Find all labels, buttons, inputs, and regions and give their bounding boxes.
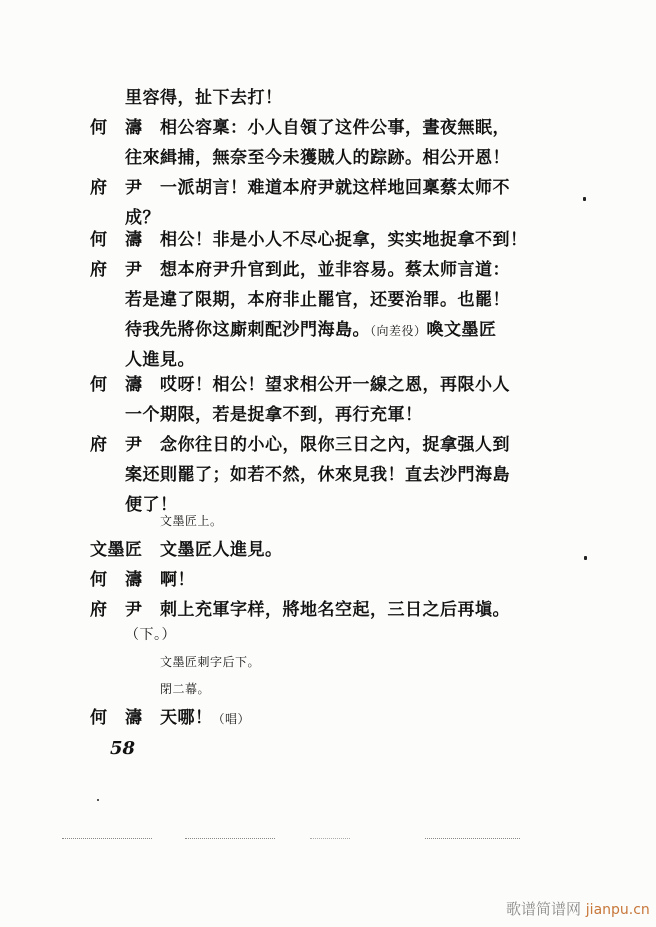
page-number: 58 — [110, 738, 135, 759]
stage-direction-inline: （唱） — [213, 712, 251, 726]
speaker-name-char1: 何 — [90, 225, 108, 255]
dialogue-text: 天哪！（唱） — [160, 703, 250, 734]
scan-noise — [310, 838, 350, 841]
dialogue-text-after: 喚文墨匠 — [427, 320, 497, 340]
speaker-name-char2: 濤 — [125, 225, 143, 255]
scan-speck — [584, 556, 587, 560]
dialogue-continuation: 待我先將你这廝刺配沙門海島。（向差役）喚文墨匠 — [125, 315, 497, 346]
speaker-name-char2: 濤 — [125, 565, 143, 595]
dialogue-text: 想本府尹升官到此，並非容易。蔡太师言道： — [160, 255, 510, 285]
scan-speck — [583, 197, 586, 201]
scan-noise — [62, 838, 152, 841]
stage-direction: 閉二幕。 — [160, 674, 210, 704]
dialogue-text: 相公！非是小人不尽心捉拿，实实地捉拿不到！ — [160, 225, 528, 255]
scan-speck — [97, 799, 99, 801]
speaker-name-char1: 府 — [90, 595, 108, 625]
dialogue-text: 刺上充軍字样，將地名空起，三日之后再塡。 — [160, 595, 510, 625]
dialogue-continuation: 里容得，扯下去打！ — [125, 83, 283, 113]
dialogue-continuation: 往來緝捕，無奈至今未獲賊人的踪跡。相公开恩！ — [125, 143, 510, 173]
speaker-name-char2: 濤 — [125, 703, 143, 733]
dialogue-text: 一派胡言！难道本府尹就这样地回稟蔡太师不 — [160, 173, 510, 203]
speaker-name: 文墨匠 — [90, 535, 143, 565]
speaker-name-char1: 府 — [90, 173, 108, 203]
speaker-name-char2: 尹 — [125, 255, 143, 285]
dialogue-continuation: 一个期限，若是捉拿不到，再行充軍！ — [125, 400, 423, 430]
speaker-name-char1: 何 — [90, 703, 108, 733]
dialogue-text-main: 天哪！ — [160, 708, 213, 728]
dialogue-text: 啊！ — [160, 565, 195, 595]
dialogue-continuation: 若是違了限期，本府非止罷官，还要治罪。也罷！ — [125, 285, 510, 315]
stage-direction-inline: （向差役） — [370, 324, 427, 338]
dialogue-text: 文墨匠人進見。 — [160, 535, 283, 565]
speaker-name-char2: 濤 — [125, 370, 143, 400]
speaker-name-char1: 府 — [90, 255, 108, 285]
speaker-name-char1: 府 — [90, 430, 108, 460]
watermark-latin: jianpu.cn — [586, 902, 650, 918]
speaker-name-char2: 尹 — [125, 430, 143, 460]
watermark-cn: 歌谱简谱网 — [506, 900, 581, 918]
speaker-name-char1: 何 — [90, 113, 108, 143]
document-page: 里容得，扯下去打！ 何 濤 相公容稟：小人自領了这件公事，晝夜無眠， 往來緝捕，… — [0, 0, 656, 927]
speaker-name-char1: 何 — [90, 370, 108, 400]
site-watermark: 歌谱简谱网 jianpu.cn — [506, 898, 650, 919]
stage-direction: 文墨匠上。 — [160, 506, 223, 536]
speaker-name-char1: 何 — [90, 565, 108, 595]
dialogue-continuation: 案还則罷了；如若不然，休來見我！直去沙門海島 — [125, 460, 510, 490]
dialogue-text: 相公容稟：小人自領了这件公事，晝夜無眠， — [160, 113, 510, 143]
dialogue-text-before: 待我先將你这廝刺配沙門海島。 — [125, 320, 370, 340]
dialogue-text: 念你往日的小心，限你三日之內，捉拿强人到 — [160, 430, 510, 460]
scan-noise — [425, 838, 520, 841]
dialogue-text: 哎呀！相公！望求相公开一線之恩，再限小人 — [160, 370, 510, 400]
speaker-name-char2: 尹 — [125, 173, 143, 203]
speaker-name-char2: 濤 — [125, 113, 143, 143]
exit-direction: （下。） — [125, 620, 176, 650]
stage-direction: 文墨匠刺字后下。 — [160, 647, 260, 677]
scan-noise — [185, 838, 275, 841]
